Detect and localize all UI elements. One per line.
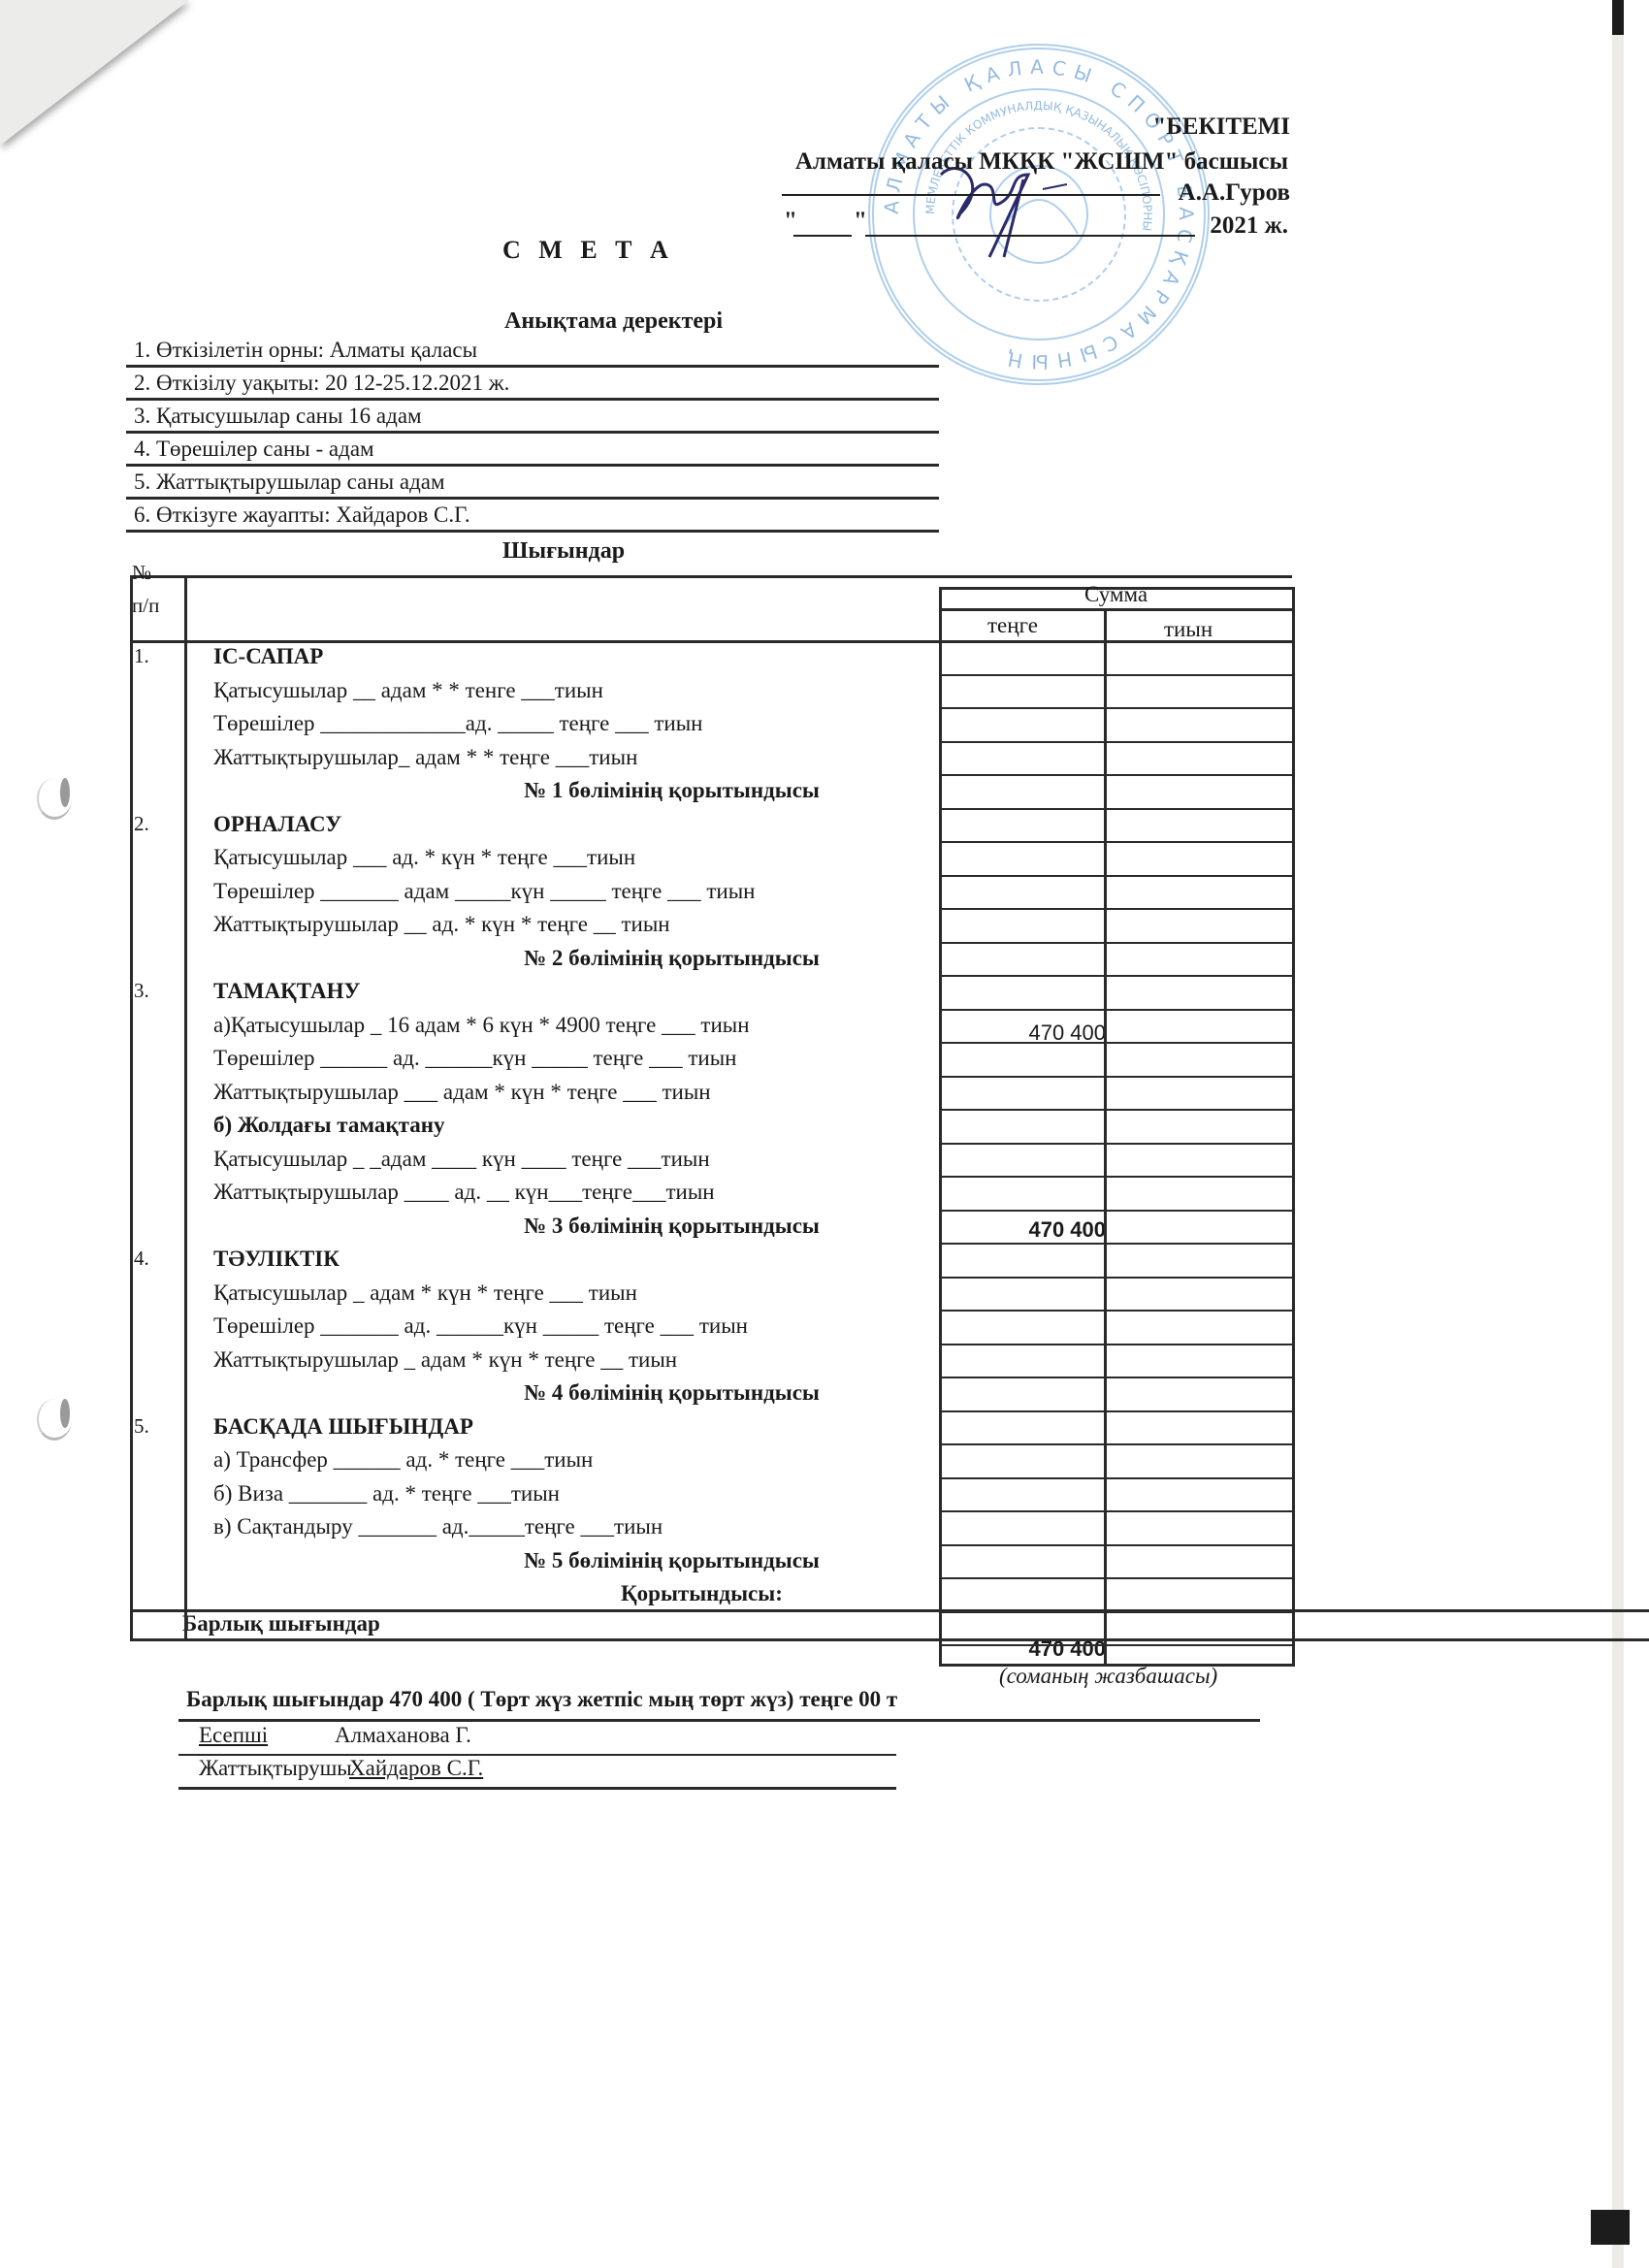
expense-line: Төрешілер _______ адам _____күн _____ те… xyxy=(213,879,755,904)
coach-name: Хайдаров С.Г. xyxy=(349,1756,483,1781)
expense-line: Жаттықтырушылар __ ад. * күн * теңге __ … xyxy=(213,912,670,937)
section-subtotal-tenge: 470 400 xyxy=(941,1217,1106,1243)
section-number: 5. xyxy=(134,1414,149,1439)
section-title: ОРНАЛАСУ xyxy=(213,812,341,837)
table-row-border xyxy=(939,774,1292,776)
header-number-line1: № xyxy=(132,561,151,585)
scan-edge-marker xyxy=(1591,2210,1630,2245)
divider xyxy=(178,1787,896,1790)
header-sum: Сумма xyxy=(1084,582,1148,607)
summary-label: Қорытындысы: xyxy=(621,1581,783,1606)
expense-line: в) Сақтандыру _______ ад._____теңге ___т… xyxy=(213,1514,663,1539)
table-border xyxy=(130,575,133,1641)
expense-line: Төрешілер ______ ад. ______күн _____ тең… xyxy=(213,1046,736,1071)
table-row-border xyxy=(939,1042,1292,1044)
table-row-border xyxy=(939,1477,1292,1479)
coach-label: Жаттықтырушы xyxy=(199,1756,352,1781)
expenses-heading: Шығындар xyxy=(502,538,625,565)
folded-corner xyxy=(0,0,189,146)
expense-line: б) Виза _______ ад. * теңге ___тиын xyxy=(213,1481,560,1507)
approval-signer: А.А.Гуров xyxy=(1179,179,1290,207)
table-row-border xyxy=(939,1577,1292,1579)
table-row-border xyxy=(939,1443,1292,1445)
table-row-border xyxy=(939,1143,1292,1145)
punch-hole xyxy=(37,1399,72,1441)
expense-line: а)Қатысушылар _ 16 адам * 6 күн * 4900 т… xyxy=(213,1013,750,1038)
section-subtotal-label: № 1 бөлімінің қорытындысы xyxy=(524,778,820,803)
reference-line-responsible: 6. Өткізуге жауапты: Хайдаров С.Г. xyxy=(126,501,939,533)
table-row-border xyxy=(939,975,1292,977)
table-border xyxy=(130,640,1292,643)
expense-line: Қатысушылар ___ ад. * күн * теңге ___тиы… xyxy=(213,845,635,870)
section-subtotal-label: № 2 бөлімінің қорытындысы xyxy=(524,946,820,971)
expense-line: Жаттықтырушылар ____ ад. __ күн___теңге_… xyxy=(213,1180,715,1205)
signature-line xyxy=(782,194,1160,196)
table-row-border xyxy=(939,1109,1292,1111)
scan-edge xyxy=(1612,0,1624,2268)
expense-line: Қатысушылар __ адам * * тенге ___тиын xyxy=(213,678,603,703)
date-quote-open: " xyxy=(784,208,797,235)
divider xyxy=(178,1719,1260,1722)
date-quote-close: " xyxy=(854,208,867,235)
date-month-line xyxy=(865,235,1195,237)
accountant-label: Есепші xyxy=(199,1723,268,1748)
table-row-border xyxy=(939,942,1292,944)
section-title: ІС-САПАР xyxy=(213,644,323,669)
table-row-border xyxy=(939,707,1292,709)
table-row-border xyxy=(939,1210,1292,1212)
scan-edge-marker xyxy=(1612,0,1624,35)
section-number: 3. xyxy=(134,979,149,1003)
section-title: БАСҚАДА ШЫҒЫНДАР xyxy=(213,1414,473,1440)
approval-year: 2021 ж. xyxy=(1210,212,1288,240)
expense-line: Төрешілер _____________ад. _____ теңге _… xyxy=(213,711,702,736)
table-row-border xyxy=(939,1076,1292,1078)
accountant-name: Алмаханова Г. xyxy=(335,1723,471,1748)
approval-title: "БЕКІТЕМІ xyxy=(1152,113,1290,141)
amount-in-words-caption: (соманың жазбашасы) xyxy=(999,1664,1217,1689)
section-number: 2. xyxy=(134,812,149,836)
expense-line: Төрешілер _______ ад. ______күн _____ те… xyxy=(213,1313,748,1339)
section-number: 1. xyxy=(134,644,149,668)
table-row-border xyxy=(939,1544,1292,1546)
expense-line: Жаттықтырушылар _ адам * күн * теңге __ … xyxy=(213,1347,677,1373)
section-number: 4. xyxy=(134,1247,149,1271)
date-day-line xyxy=(793,235,852,237)
table-row-border xyxy=(939,1510,1292,1512)
table-row-border xyxy=(939,674,1292,676)
table-row-border xyxy=(939,875,1292,877)
table-row-border xyxy=(939,1611,1292,1613)
table-row-border xyxy=(939,1009,1292,1011)
section-subtotal-label: № 5 бөлімінің қорытындысы xyxy=(524,1548,820,1573)
table-row-border xyxy=(939,1644,1292,1646)
table-border xyxy=(1292,587,1295,1667)
table-row-border xyxy=(939,1344,1292,1345)
section-subtotal-label: № 4 бөлімінің қорытындысы xyxy=(524,1380,820,1406)
subsection-title: б) Жолдағы тамақтану xyxy=(213,1113,444,1138)
reference-line-referees: 4. Төрешілер саны - адам xyxy=(126,435,939,467)
reference-line-venue: 1. Өткізілетін орны: Алматы қаласы xyxy=(126,336,939,368)
document-title: С М Е Т А xyxy=(502,236,674,265)
table-row-border xyxy=(939,1277,1292,1279)
table-border xyxy=(184,575,187,1641)
section-title: ТӘУЛІКТІК xyxy=(213,1247,339,1272)
table-row-border xyxy=(939,808,1292,810)
total-label: Барлық шығындар xyxy=(182,1611,380,1636)
section-title: ТАМАҚТАНУ xyxy=(213,979,360,1004)
table-row-border xyxy=(939,1176,1292,1178)
header-tiyn: тиын xyxy=(1164,617,1212,642)
table-border xyxy=(1104,608,1107,1667)
table-row-border xyxy=(939,741,1292,743)
expense-line: Жаттықтырушылар_ адам * * теңге ___тиын xyxy=(213,745,637,770)
expense-line: Қатысушылар _ адам * күн * теңге ___ тиы… xyxy=(213,1280,637,1306)
table-border xyxy=(939,587,942,1667)
section-subtotal-label: № 3 бөлімінің қорытындысы xyxy=(524,1214,820,1239)
reference-line-coaches: 5. Жаттықтырушылар саны адам xyxy=(126,468,939,500)
expense-line: Жаттықтырушылар ___ адам * күн * теңге _… xyxy=(213,1080,711,1105)
reference-heading: Анықтама деректері xyxy=(504,308,723,335)
table-row-border xyxy=(939,1377,1292,1378)
reference-line-participants: 3. Қатысушылар саны 16 адам xyxy=(126,402,939,434)
table-row-border xyxy=(939,1310,1292,1312)
expense-line: Қатысушылар _ _адам ____ күн ____ теңге … xyxy=(213,1147,710,1172)
punch-hole xyxy=(37,778,72,820)
approval-position: Алматы қаласы МКҚК "ЖСШМ" басшысы xyxy=(795,148,1288,176)
expense-line: а) Трансфер ______ ад. * теңге ___тиын xyxy=(213,1447,593,1473)
table-row-border xyxy=(939,908,1292,910)
total-in-words: Барлық шығындар 470 400 ( Төрт жүз жетпі… xyxy=(186,1687,897,1712)
table-row-border xyxy=(939,1410,1292,1412)
table-border xyxy=(130,1638,1649,1641)
reference-line-dates: 2. Өткізілу уақыты: 20 12-25.12.2021 ж. xyxy=(126,369,939,401)
header-number-line2: п/п xyxy=(132,594,159,618)
table-row-border xyxy=(939,841,1292,843)
table-row-border xyxy=(939,1243,1292,1245)
table-border xyxy=(939,608,1292,611)
header-tenge: теңге xyxy=(987,613,1038,638)
table-border xyxy=(130,575,1292,578)
